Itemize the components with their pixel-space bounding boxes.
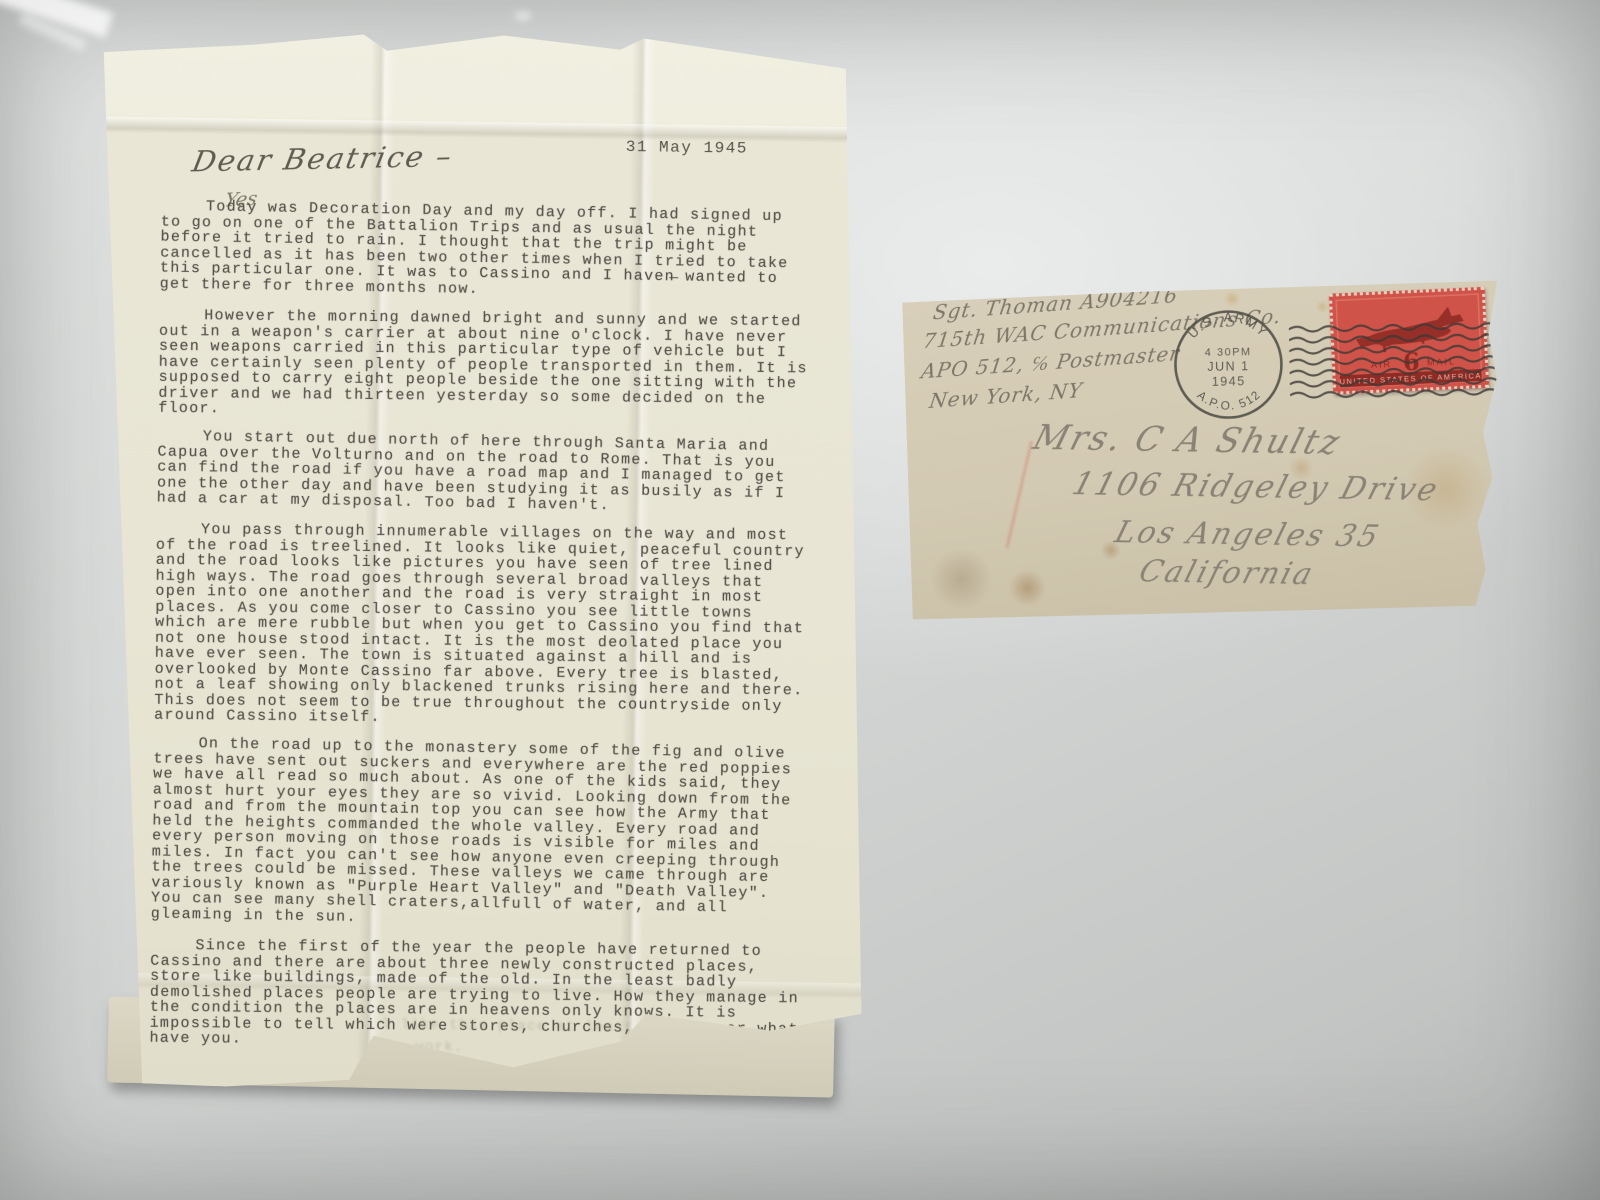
fold-crease-horizontal <box>98 117 876 144</box>
paper-speck <box>515 12 531 20</box>
letter-paragraph-1: Today was Decoration Day and my day off.… <box>160 198 811 302</box>
postmark-year: 1945 <box>1212 374 1246 389</box>
letter-salutation: Dear Beatrice – <box>189 139 456 178</box>
letter-paragraph-3: You start out due north of here through … <box>157 428 808 517</box>
letter-paragraph-4: You pass through innumerable villages on… <box>154 522 806 730</box>
letter-sheet: 31 May 1945 Dear Beatrice – Yes Today wa… <box>85 27 878 1096</box>
postmark: U.S. ARMY 4 30PM JUN 1 1945 A.P.O. 512 <box>1168 304 1288 424</box>
letter-body: Today was Decoration Day and my day off.… <box>149 199 811 1067</box>
postmark-time: 4 30PM <box>1205 346 1252 359</box>
letter-date: 31 May 1945 <box>626 138 748 158</box>
recipient-name: Mrs. C A Shultz <box>1029 418 1347 463</box>
letter-paragraph-2: However the morning dawned bright and su… <box>158 308 809 423</box>
letter-paragraph-5: On the road up to the monastery some of … <box>151 735 804 932</box>
recipient-street: 1106 Ridgeley Drive <box>1068 466 1443 508</box>
postmark-bottom-arc: A.P.O. 512 <box>1194 387 1263 414</box>
postmark-top-arc: U.S. ARMY <box>1184 309 1271 342</box>
postmark-day: JUN 1 <box>1207 359 1249 374</box>
recipient-state: California <box>1135 554 1319 592</box>
photo-scene: 31 May 1945 Dear Beatrice – Yes Today wa… <box>0 0 1600 1200</box>
envelope: Sgt. Thoman A904216 715th WAC Communicat… <box>902 281 1508 620</box>
cancellation-lines <box>1289 321 1502 405</box>
recipient-city: Los Angeles 35 <box>1111 515 1385 555</box>
return-address-line: New York, NY <box>928 378 1084 413</box>
